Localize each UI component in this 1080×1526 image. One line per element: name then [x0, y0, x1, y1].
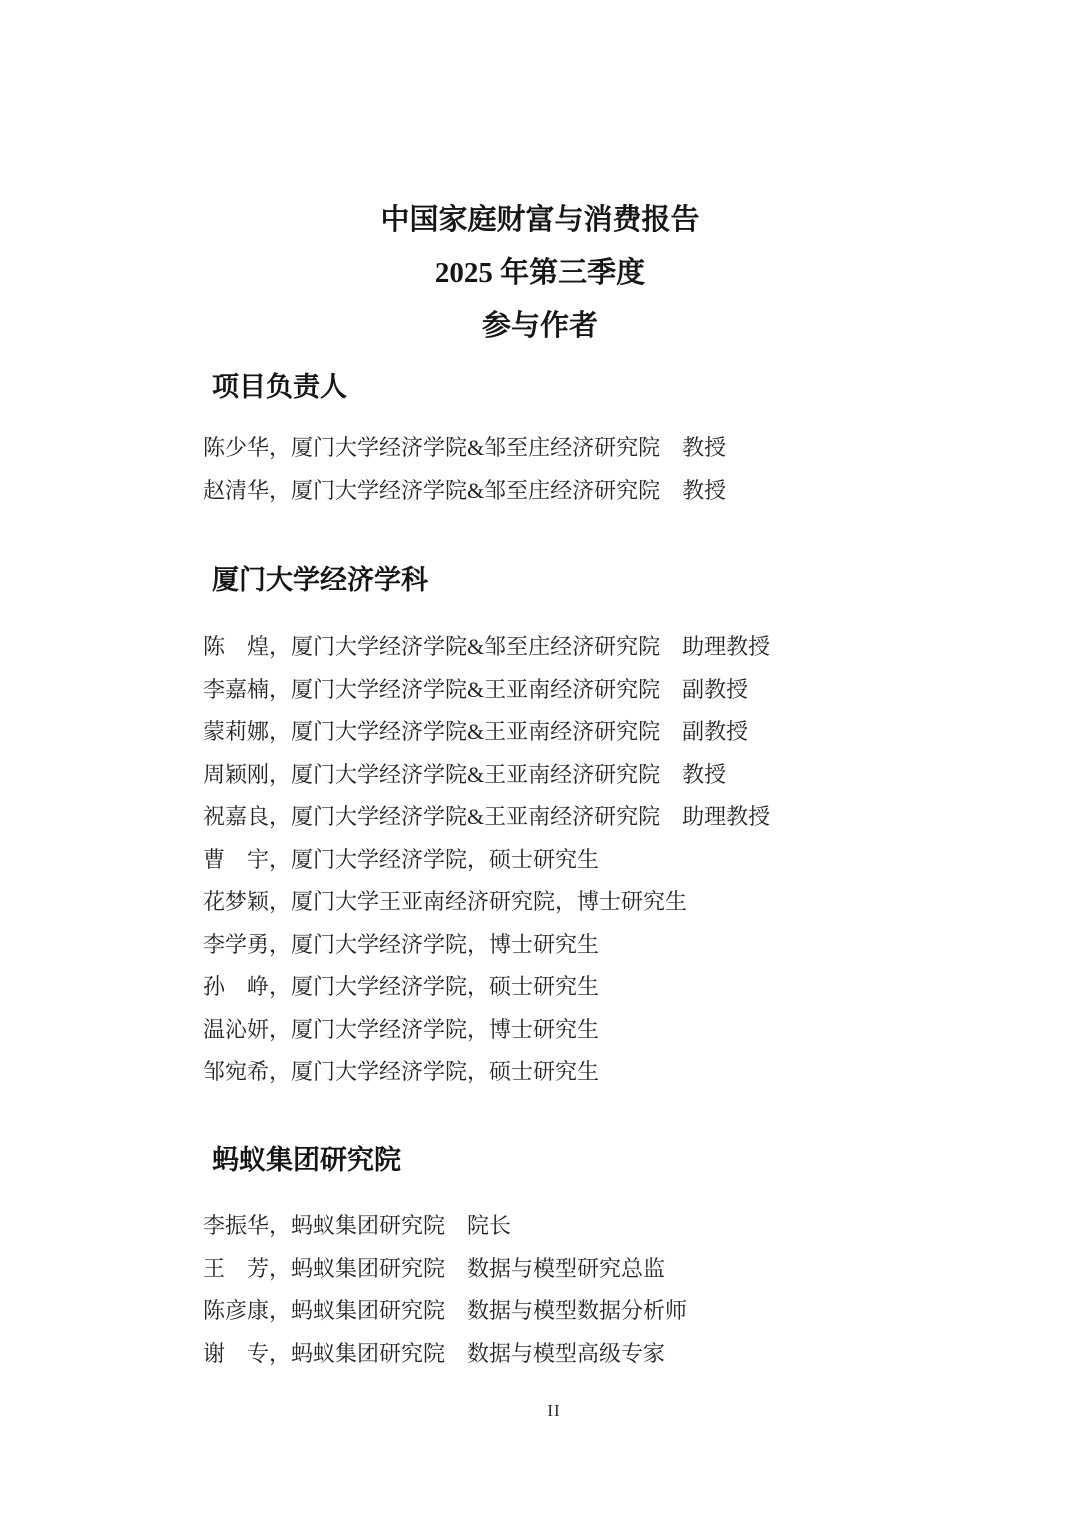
- author-entry: 李学勇，厦门大学经济学院，博士研究生: [203, 924, 770, 967]
- author-entry: 曹 宇，厦门大学经济学院，硕士研究生: [203, 839, 770, 882]
- author-entry: 祝嘉良，厦门大学经济学院&王亚南经济研究院 助理教授: [203, 796, 770, 839]
- section-heading-ant-group-research: 蚂蚁集团研究院: [212, 1140, 401, 1180]
- contributors-title: 参与作者: [0, 300, 1080, 353]
- author-entry: 陈 煌，厦门大学经济学院&邹至庄经济研究院 助理教授: [203, 626, 770, 669]
- author-entry: 孙 峥，厦门大学经济学院，硕士研究生: [203, 966, 770, 1009]
- section-heading-project-leads: 项目负责人: [212, 367, 347, 407]
- xmu-economics-list: 陈 煌，厦门大学经济学院&邹至庄经济研究院 助理教授 李嘉楠，厦门大学经济学院&…: [203, 626, 770, 1094]
- author-entry: 王 芳，蚂蚁集团研究院 数据与模型研究总监: [203, 1248, 687, 1291]
- author-entry: 温沁妍，厦门大学经济学院，博士研究生: [203, 1009, 770, 1052]
- author-entry: 李嘉楠，厦门大学经济学院&王亚南经济研究院 副教授: [203, 669, 770, 712]
- section-heading-xmu-economics: 厦门大学经济学科: [212, 560, 428, 600]
- author-entry: 周颖刚，厦门大学经济学院&王亚南经济研究院 教授: [203, 754, 770, 797]
- ant-group-research-list: 李振华，蚂蚁集团研究院 院长 王 芳，蚂蚁集团研究院 数据与模型研究总监 陈彦康…: [203, 1205, 687, 1375]
- report-title: 中国家庭财富与消费报告: [0, 194, 1080, 247]
- document-header: 中国家庭财富与消费报告 2025 年第三季度 参与作者: [0, 194, 1080, 353]
- author-entry: 邹宛希，厦门大学经济学院，硕士研究生: [203, 1051, 770, 1094]
- author-entry: 花梦颖，厦门大学王亚南经济研究院，博士研究生: [203, 881, 770, 924]
- page-number: II: [14, 1398, 1080, 1424]
- document-page: 中国家庭财富与消费报告 2025 年第三季度 参与作者 项目负责人 陈少华，厦门…: [0, 0, 1080, 1526]
- author-entry: 陈彦康，蚂蚁集团研究院 数据与模型数据分析师: [203, 1290, 687, 1333]
- author-entry: 蒙莉娜，厦门大学经济学院&王亚南经济研究院 副教授: [203, 711, 770, 754]
- project-leads-list: 陈少华，厦门大学经济学院&邹至庄经济研究院 教授 赵清华，厦门大学经济学院&邹至…: [203, 427, 726, 512]
- report-period: 2025 年第三季度: [0, 247, 1080, 300]
- author-entry: 陈少华，厦门大学经济学院&邹至庄经济研究院 教授: [203, 427, 726, 470]
- author-entry: 谢 专，蚂蚁集团研究院 数据与模型高级专家: [203, 1333, 687, 1376]
- author-entry: 赵清华，厦门大学经济学院&邹至庄经济研究院 教授: [203, 470, 726, 513]
- author-entry: 李振华，蚂蚁集团研究院 院长: [203, 1205, 687, 1248]
